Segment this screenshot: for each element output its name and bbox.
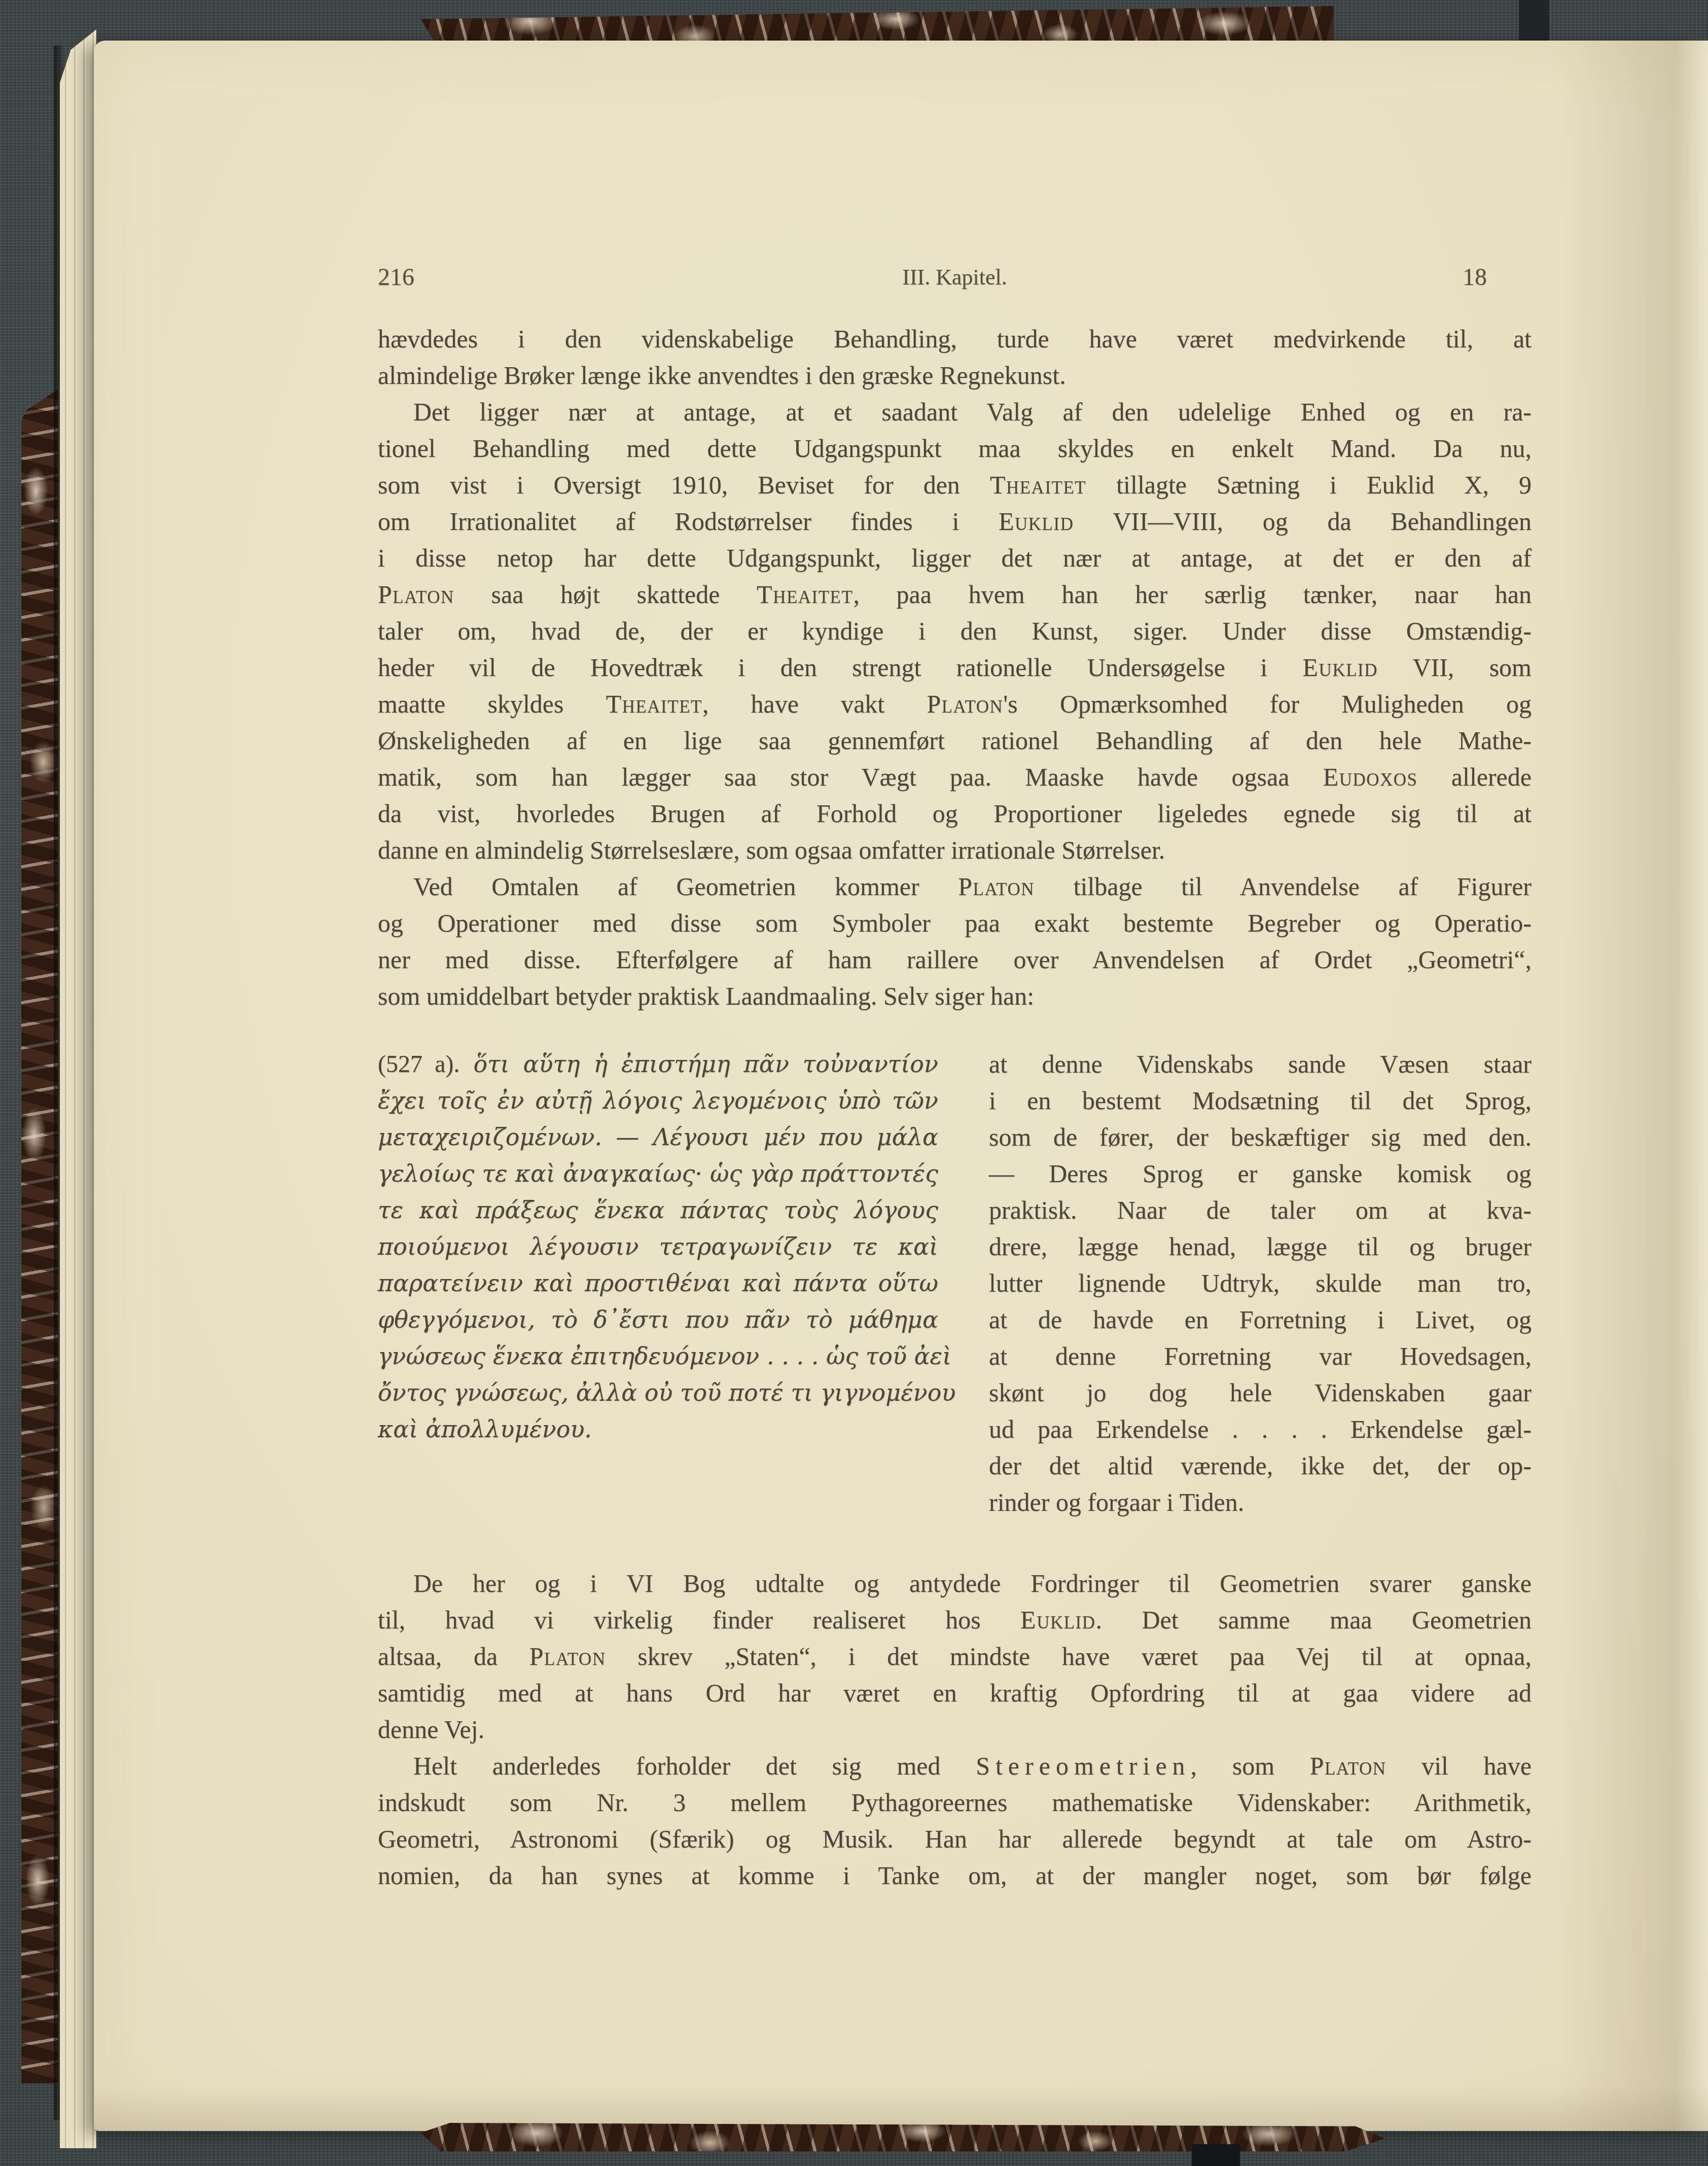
text-line: indskudt som Nr. 3 mellem Pythagoreernes… [378,1784,1532,1821]
paragraph-3: Ved Omtalen af Geometrien kommer Platon … [378,868,1532,1014]
paragraph-4: De her og i VI Bog udtalte og antydede F… [378,1565,1532,1748]
sheet-number: 18 [1463,263,1487,291]
text-line: tionel Behandling med dette Udgangspunkt… [378,430,1532,467]
text-line: danne en almindelig Størrelseslære, som … [378,832,1532,868]
text-line: denne Vej. [378,1711,1532,1748]
plato-quote-block: (527 a). ὅτι αὕτη ἡ ἐπιστήμη πᾶν τοὐναντ… [378,1046,1532,1520]
paragraph-1: hævdedes i den videnskabelige Behandling… [378,321,1532,394]
text-line: og Operationer med disse som Symboler pa… [378,905,1532,941]
text-line: almindelige Brøker længe ikke anvendtes … [378,357,1532,394]
text-line: De her og i VI Bog udtalte og antydede F… [378,1565,1532,1602]
text-line: der det altid værende, ikke det, der op- [989,1447,1532,1484]
text-line: som vist i Oversigt 1910, Beviset for de… [378,467,1532,503]
marbled-paper-left-strip [21,389,58,2083]
page-gutter-shading [1556,41,1708,2131]
text-line: matik, som han lægger saa stor Vægt paa.… [378,759,1532,795]
chapter-running-title: III. Kapitel. [902,264,1007,290]
text-line: drere, lægge henad, lægge til og bruger [989,1228,1532,1265]
text-line: Platon saa højt skattede Theaitet, paa h… [378,576,1532,613]
greek-quote-column: (527 a). ὅτι αὕτη ἡ ἐπιστήμη πᾶν τοὐναντ… [378,1046,938,1520]
text-block: hævdedes i den videnskabelige Behandling… [378,321,1532,1894]
text-line: (527 a). ὅτι αὕτη ἡ ἐπιστήμη πᾶν τοὐναντ… [378,1046,938,1082]
text-line: taler om, hvad de, der er kyndige i den … [378,613,1532,649]
running-header: 216 III. Kapitel. 18 [378,259,1532,295]
text-line: om Irrationalitet af Rodstørrelser finde… [378,503,1532,540]
text-line: γελοίως τε καὶ ἀναγκαίως· ὡς γὰρ πράττον… [378,1155,938,1192]
text-line: ner med disse. Efterfølgere af ham raill… [378,941,1532,978]
danish-translation-column: at denne Videnskabs sande Væsen staari e… [989,1046,1532,1520]
page-edge-stack [60,29,96,2148]
text-line: at denne Videnskabs sande Væsen staar [989,1046,1532,1082]
page-number: 216 [378,263,414,291]
text-line: φθεγγόμενοι, τὸ δ᾽ἔστι που πᾶν τὸ μάθημα [378,1301,938,1338]
text-line: τε καὶ πράξεως ἕνεκα πάντας τοὺς λόγους [378,1192,938,1228]
text-line: nomien, da han synes at komme i Tanke om… [378,1857,1532,1894]
text-line: παρατείνειν καὶ προστιθέναι καὶ πάντα οὕ… [378,1265,938,1301]
text-line: i en bestemt Modsætning til det Sprog, [989,1082,1532,1119]
book-scan: { "colors": { "paper": "#ebe2c6", "cover… [0,0,1708,2166]
text-line: rinder og forgaar i Tiden. [989,1484,1532,1520]
text-line: da vist, hvorledes Brugen af Forhold og … [378,795,1532,832]
text-line: γνώσεως ἕνεκα ἐπιτηδευόμενον . . . . ὡς … [378,1338,938,1374]
text-line: Ved Omtalen af Geometrien kommer Platon … [378,868,1532,905]
text-line: ὄντος γνώσεως, ἀλλὰ οὐ τοῦ ποτέ τι γιγνο… [378,1374,938,1411]
text-line: samtidig med at hans Ord har været en kr… [378,1675,1532,1711]
paragraph-2: Det ligger nær at antage, at et saadant … [378,394,1532,868]
book-page: 216 III. Kapitel. 18 hævdedes i den vide… [94,41,1708,2131]
text-line: Geometri, Astronomi (Sfærik) og Musik. H… [378,1821,1532,1857]
text-line: ποιούμενοι λέγουσιν τετραγωνίζειν τε καὶ [378,1228,938,1265]
text-line: praktisk. Naar de taler om at kva- [989,1192,1532,1228]
text-line: til, hvad vi virkelig finder realiseret … [378,1602,1532,1638]
marbled-paper-bottom-strip [421,2123,1384,2151]
text-line: Helt anderledes forholder det sig med St… [378,1748,1532,1784]
text-line: μεταχειριζομένων. — Λέγουσι μέν που μάλα [378,1119,938,1155]
text-line: som de fører, der beskæftiger sig med de… [989,1119,1532,1155]
text-line: heder vil de Hovedtræk i den strengt rat… [378,649,1532,686]
cover-gap-bottom [1192,2144,1240,2166]
page-bottom-shading [94,2085,1708,2131]
text-line: som umiddelbart betyder praktisk Laandma… [378,978,1532,1014]
text-line: lutter lignende Udtryk, skulde man tro, [989,1265,1532,1301]
text-line: ud paa Erkendelse . . . . Erkendelse gæl… [989,1411,1532,1447]
paragraph-5: Helt anderledes forholder det sig med St… [378,1748,1532,1894]
text-line: at denne Forretning var Hovedsagen, [989,1338,1532,1374]
text-line: ἔχει τοῖς ἐν αὐτῇ λόγοις λεγομένοις ὑπὸ … [378,1082,938,1119]
text-line: Ønskeligheden af en lige saa gennemført … [378,722,1532,759]
cover-gap-top [1519,0,1549,47]
text-line: at de havde en Forretning i Livet, og [989,1301,1532,1338]
text-line: — Deres Sprog er ganske komisk og [989,1155,1532,1192]
text-line: altsaa, da Platon skrev „Staten“, i det … [378,1638,1532,1675]
text-line: maatte skyldes Theaitet, have vakt Plato… [378,686,1532,722]
text-line: Det ligger nær at antage, at et saadant … [378,394,1532,430]
text-line: hævdedes i den videnskabelige Behandling… [378,321,1532,357]
text-line: i disse netop har dette Udgangspunkt, li… [378,540,1532,576]
text-line: skønt jo dog hele Videnskaben gaar [989,1374,1532,1411]
text-line: καὶ ἀπολλυμένου. [378,1411,938,1447]
